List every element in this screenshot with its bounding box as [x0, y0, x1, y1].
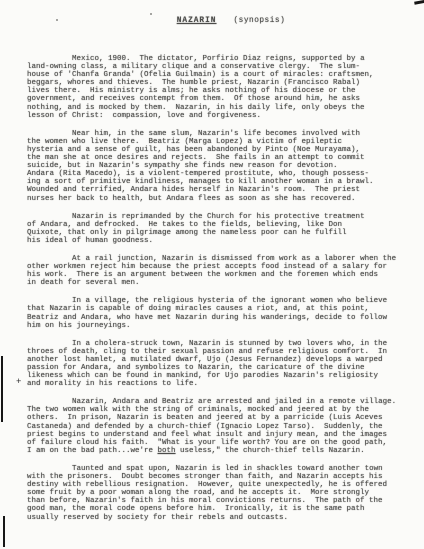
title-suffix-text: (synopsis) [233, 17, 285, 25]
scan-artifact-top-right-corner [414, 0, 424, 5]
paragraph-3: Nazarin is reprimanded by the Church for… [27, 213, 409, 245]
scanned-typewritten-page: NAZARIN(synopsis) Mexico, 1900. The dict… [0, 0, 424, 549]
paragraph-5: In a village, the religious hysteria of … [27, 297, 409, 329]
scan-speck [56, 19, 58, 21]
paragraph-8: Taunted and spat upon, Nazarin is led in… [27, 465, 409, 522]
paragraph-1: Mexico, 1900. The dictator, Porfirio Dia… [27, 55, 409, 120]
paragraph-2: Near him, in the same slum, Nazarin's li… [27, 130, 409, 203]
page-title: NAZARIN(synopsis) [27, 17, 409, 26]
paragraph-7-post: useless," the church-thief tells Nazarin… [176, 447, 365, 455]
scan-artifact-bottom-left-line [3, 516, 5, 547]
scan-artifact-left-edge-line [1, 356, 3, 422]
scan-speck [150, 13, 152, 15]
paragraph-7-underlined-word: both [158, 447, 176, 455]
paragraph-7: Nazarin, Andara and Beatriz are arrested… [27, 398, 409, 455]
paragraph-4: At a rail junction, Nazarin is dismissed… [27, 255, 409, 287]
document-body: NAZARIN(synopsis) Mexico, 1900. The dict… [27, 17, 409, 532]
paragraph-6: In a cholera-struck town, Nazarin is stu… [27, 340, 409, 389]
margin-plus-mark: + [16, 378, 21, 387]
title-text: NAZARIN [177, 17, 217, 25]
